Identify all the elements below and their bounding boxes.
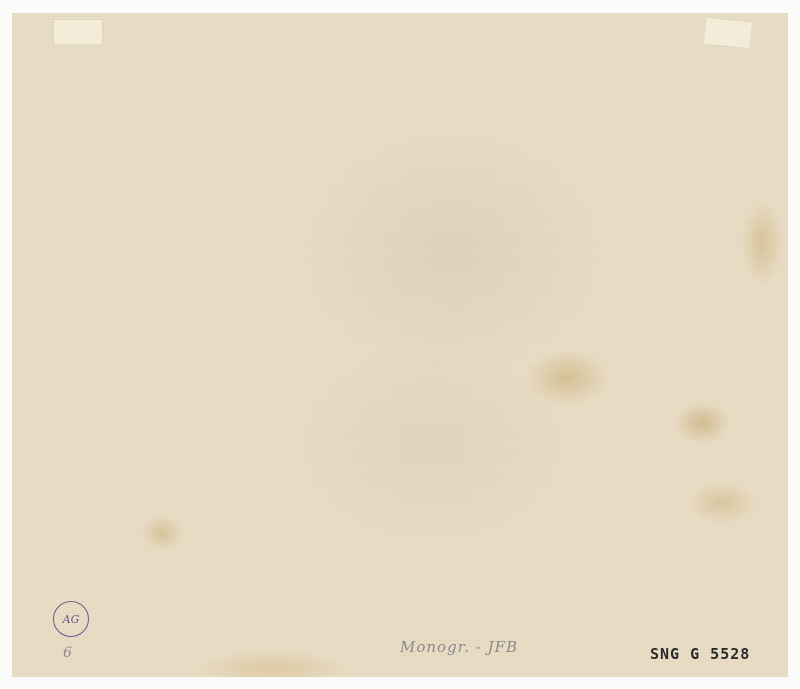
- pencil-mark: 6: [63, 645, 72, 661]
- paper-sheet: [12, 13, 788, 677]
- inventory-number: SNG G 5528: [650, 645, 750, 663]
- handwritten-inscription: Monogr. - JFB: [400, 638, 518, 656]
- collector-stamp: AG: [53, 601, 89, 637]
- mounting-hinge-right: [704, 18, 752, 49]
- mounting-hinge-left: [54, 20, 102, 44]
